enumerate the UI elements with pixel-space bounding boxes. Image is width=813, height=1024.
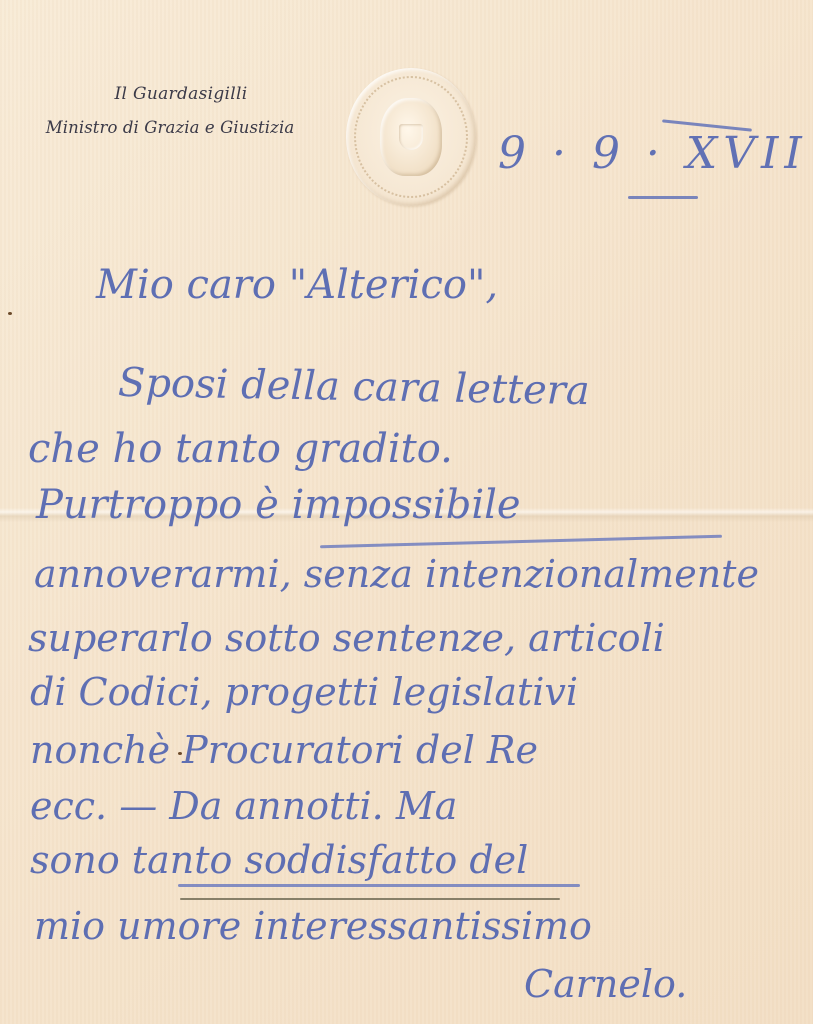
crest-icon — [380, 98, 442, 176]
embossed-seal-icon — [346, 68, 476, 206]
paper-stain — [178, 752, 182, 755]
salutation: Mio caro "Alterico", — [96, 262, 498, 308]
letter-line-9: sono tanto soddisfatto del — [30, 838, 528, 882]
letter-line-1: Sposi della cara lettera — [118, 360, 590, 414]
letter-line-2: che ho tanto gradito. — [28, 426, 453, 472]
date-underline — [628, 196, 698, 199]
letter-date: 9 · 9 · XVII — [498, 128, 808, 179]
letter-line-6: di Codici, progetti legislativi — [30, 670, 578, 714]
letter-line-3: Purtroppo è impossibile — [36, 482, 521, 528]
letter-line-8: ecc. — Da annotti. Ma — [30, 784, 457, 828]
underline-soddisfatto-pencil — [180, 898, 560, 900]
letterhead-title: Il Guardasigilli — [32, 84, 330, 104]
paper-stain — [8, 312, 12, 315]
letter-line-7: nonchè Procuratori del Re — [30, 728, 538, 772]
letter-line-4: annoverarmi, senza intenzionalmente — [34, 552, 759, 596]
signature: Carnelo. — [524, 962, 687, 1006]
underline-soddisfatto — [178, 884, 580, 887]
letter-line-5: superarlo sotto sentenze, articoli — [28, 616, 665, 660]
letterhead-ministry: Ministro di Grazia e Giustizia — [10, 118, 330, 137]
letter-line-10: mio umore interessantissimo — [34, 904, 592, 948]
letterhead: Il Guardasigilli Ministro di Grazia e Gi… — [10, 84, 330, 137]
